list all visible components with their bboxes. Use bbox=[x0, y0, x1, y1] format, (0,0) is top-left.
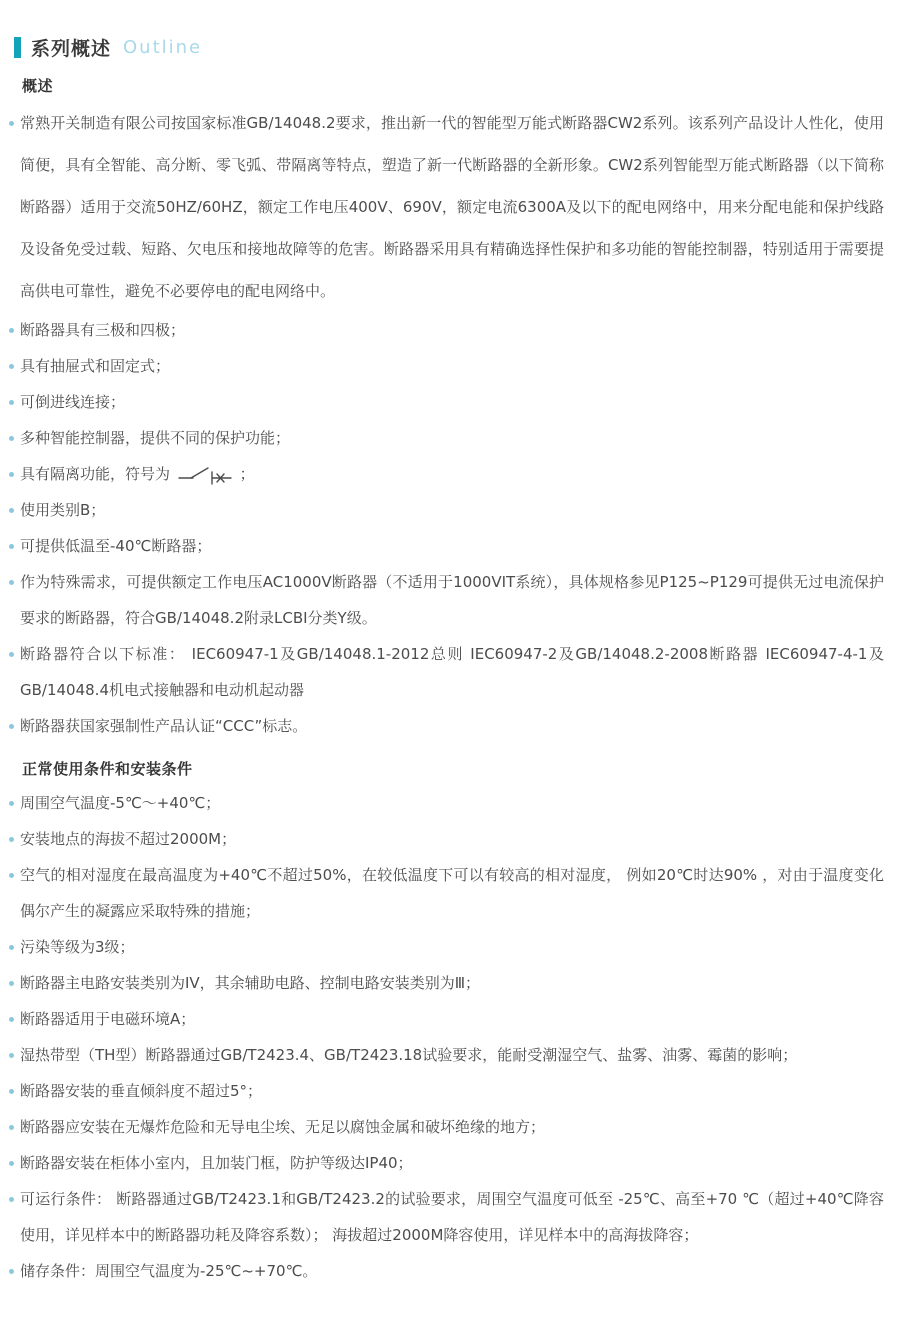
bullet-text: 污染等级为3级； bbox=[20, 938, 135, 956]
bullet-dot-icon bbox=[9, 544, 14, 549]
bullet-text: 断路器安装在柜体小室内，且加装门框，防护等级达IP40； bbox=[20, 1154, 413, 1172]
section-heading: 概述 bbox=[22, 75, 884, 96]
bullet-dot-icon bbox=[9, 1017, 14, 1022]
bullet-dot-icon bbox=[9, 364, 14, 369]
bullet-text: 具有隔离功能，符号为 ； bbox=[20, 465, 255, 483]
bullet-dot-icon bbox=[9, 724, 14, 729]
bullet-text: 周围空气温度-5℃～+40℃； bbox=[20, 794, 220, 812]
bullet-dot-icon bbox=[9, 400, 14, 405]
list-item: 周围空气温度-5℃～+40℃； bbox=[8, 785, 884, 821]
bullet-dot-icon bbox=[9, 981, 14, 986]
list-item: 断路器应安装在无爆炸危险和无导电尘埃、无足以腐蚀金属和破坏绝缘的地方； bbox=[8, 1109, 884, 1145]
bullet-text: 断路器主电路安装类别为IV，其余辅助电路、控制电路安装类别为Ⅲ； bbox=[20, 974, 480, 992]
bullet-dot-icon bbox=[9, 1053, 14, 1058]
list-item: 具有抽屉式和固定式； bbox=[8, 348, 884, 384]
list-item: 安装地点的海拔不超过2000M； bbox=[8, 821, 884, 857]
list-item: 作为特殊需求，可提供额定工作电压AC1000V断路器（不适用于1000VIT系统… bbox=[8, 564, 884, 636]
page-title: 系列概述 bbox=[31, 34, 111, 61]
bullet-dot-icon bbox=[9, 121, 14, 126]
bullet-text: 断路器应安装在无爆炸危险和无导电尘埃、无足以腐蚀金属和破坏绝缘的地方； bbox=[20, 1118, 545, 1136]
list-item: 断路器适用于电磁环境A； bbox=[8, 1001, 884, 1037]
bullet-text: 多种智能控制器，提供不同的保护功能； bbox=[20, 429, 290, 447]
bullet-text: 作为特殊需求，可提供额定工作电压AC1000V断路器（不适用于1000VIT系统… bbox=[20, 573, 884, 627]
list-item: 污染等级为3级； bbox=[8, 929, 884, 965]
bullet-text: 可倒进线连接； bbox=[20, 393, 125, 411]
bullet-text: 安装地点的海拔不超过2000M； bbox=[20, 830, 236, 848]
bullet-text: 常熟开关制造有限公司按国家标准GB/14048.2要求，推出新一代的智能型万能式… bbox=[20, 114, 884, 300]
list-item: 储存条件：周围空气温度为-25℃~+70℃。 bbox=[8, 1253, 884, 1289]
list-item: 断路器获国家强制性产品认证“CCC”标志。 bbox=[8, 708, 884, 744]
list-item: 断路器主电路安装类别为IV，其余辅助电路、控制电路安装类别为Ⅲ； bbox=[8, 965, 884, 1001]
bullet-dot-icon bbox=[9, 652, 14, 657]
bullet-dot-icon bbox=[9, 436, 14, 441]
list-item: 断路器符合以下标准： IEC60947-1及GB/14048.1-2012总则 … bbox=[8, 636, 884, 708]
accent-bar-icon bbox=[14, 37, 21, 58]
list-item: 可提供低温至-40℃断路器； bbox=[8, 528, 884, 564]
list-item: 常熟开关制造有限公司按国家标准GB/14048.2要求，推出新一代的智能型万能式… bbox=[8, 102, 884, 312]
list-item: 具有隔离功能，符号为 ； bbox=[8, 456, 884, 492]
bullet-dot-icon bbox=[9, 1089, 14, 1094]
bullet-dot-icon bbox=[9, 1197, 14, 1202]
bullet-text: 使用类别B； bbox=[20, 501, 105, 519]
list-item: 空气的相对湿度在最高温度为+40℃不超过50%，在较低温度下可以有较高的相对湿度… bbox=[8, 857, 884, 929]
bullet-text: 断路器符合以下标准： IEC60947-1及GB/14048.1-2012总则 … bbox=[20, 645, 884, 699]
bullet-text: 断路器适用于电磁环境A； bbox=[20, 1010, 195, 1028]
bullet-dot-icon bbox=[9, 801, 14, 806]
bullet-list: 周围空气温度-5℃～+40℃；安装地点的海拔不超过2000M；空气的相对湿度在最… bbox=[8, 785, 884, 1289]
bullet-list: 常熟开关制造有限公司按国家标准GB/14048.2要求，推出新一代的智能型万能式… bbox=[8, 102, 884, 744]
list-item: 可倒进线连接； bbox=[8, 384, 884, 420]
list-item: 多种智能控制器，提供不同的保护功能； bbox=[8, 420, 884, 456]
section-title: 系列概述 Outline bbox=[8, 34, 884, 61]
bullet-text: 空气的相对湿度在最高温度为+40℃不超过50%，在较低温度下可以有较高的相对湿度… bbox=[20, 866, 884, 920]
bullet-dot-icon bbox=[9, 1125, 14, 1130]
list-item: 湿热带型（TH型）断路器通过GB/T2423.4、GB/T2423.18试验要求… bbox=[8, 1037, 884, 1073]
bullet-text: 断路器具有三极和四极； bbox=[20, 321, 185, 339]
bullet-dot-icon bbox=[9, 873, 14, 878]
bullet-text: 储存条件：周围空气温度为-25℃~+70℃。 bbox=[20, 1262, 317, 1280]
section-conditions: 正常使用条件和安装条件 周围空气温度-5℃～+40℃；安装地点的海拔不超过200… bbox=[8, 758, 884, 1289]
list-item: 断路器安装在柜体小室内，且加装门框，防护等级达IP40； bbox=[8, 1145, 884, 1181]
section-heading: 正常使用条件和安装条件 bbox=[22, 758, 884, 779]
bullet-text: 可运行条件： 断路器通过GB/T2423.1和GB/T2423.2的试验要求，周… bbox=[20, 1190, 884, 1244]
bullet-dot-icon bbox=[9, 472, 14, 477]
bullet-dot-icon bbox=[9, 837, 14, 842]
bullet-dot-icon bbox=[9, 328, 14, 333]
bullet-text: 断路器安装的垂直倾斜度不超过5°； bbox=[20, 1082, 262, 1100]
list-item: 使用类别B； bbox=[8, 492, 884, 528]
bullet-dot-icon bbox=[9, 1269, 14, 1274]
document-page: 系列概述 Outline 概述 常熟开关制造有限公司按国家标准GB/14048.… bbox=[0, 0, 900, 1319]
bullet-dot-icon bbox=[9, 945, 14, 950]
list-item: 断路器具有三极和四极； bbox=[8, 312, 884, 348]
list-item: 可运行条件： 断路器通过GB/T2423.1和GB/T2423.2的试验要求，周… bbox=[8, 1181, 884, 1253]
bullet-text: 断路器获国家强制性产品认证“CCC”标志。 bbox=[20, 717, 307, 735]
bullet-dot-icon bbox=[9, 580, 14, 585]
bullet-text: 可提供低温至-40℃断路器； bbox=[20, 537, 211, 555]
bullet-text: 湿热带型（TH型）断路器通过GB/T2423.4、GB/T2423.18试验要求… bbox=[20, 1046, 797, 1064]
bullet-dot-icon bbox=[9, 508, 14, 513]
section-overview: 概述 常熟开关制造有限公司按国家标准GB/14048.2要求，推出新一代的智能型… bbox=[8, 75, 884, 744]
isolation-switch-symbol-icon bbox=[177, 464, 233, 486]
page-title-en: Outline bbox=[123, 37, 202, 58]
bullet-dot-icon bbox=[9, 1161, 14, 1166]
bullet-text: 具有抽屉式和固定式； bbox=[20, 357, 170, 375]
list-item: 断路器安装的垂直倾斜度不超过5°； bbox=[8, 1073, 884, 1109]
